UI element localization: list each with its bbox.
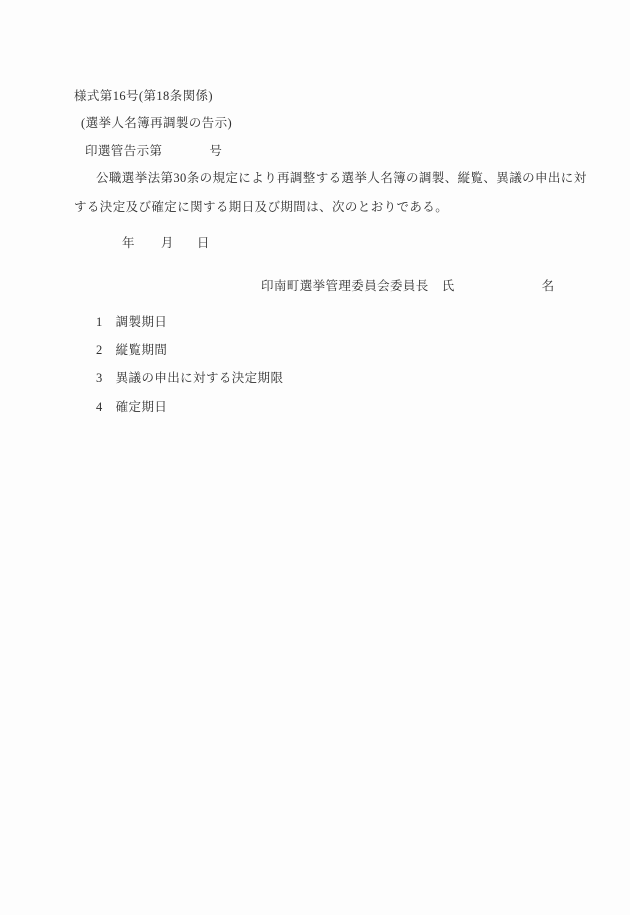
notice-number-blank [162,154,209,155]
list-item-label: 縦覧期間 [116,343,168,357]
list-item-gap [103,325,116,326]
list-item: 1調製期日 [96,315,167,330]
body-paragraph-line-1: 公職選挙法第30条の規定により再調整する選挙人名簿の調製、縦覧、異議の申出に対 [96,171,587,186]
notice-number-line: 印選管告示第号 [85,144,222,159]
list-item-number: 4 [96,400,103,414]
date-month-blank [174,246,197,247]
document-page: 様式第16号(第18条関係) (選挙人名簿再調製の告示) 印選管告示第号 公職選… [0,0,630,915]
list-item-gap [103,353,116,354]
signature-name-last: 名 [542,279,555,293]
list-item: 4確定期日 [96,400,167,415]
signature-office: 印南町選挙管理委員会委員長 [261,279,429,293]
signature-gap [429,289,442,290]
list-item-gap [103,410,116,411]
list-item-number: 2 [96,343,103,357]
list-item-label: 調製期日 [116,315,168,329]
body-paragraph-line-2: する決定及び確定に関する期日及び期間は、次のとおりである。 [74,200,448,215]
date-line: 年月日 [122,236,210,251]
signature-name-first: 氏 [442,279,455,293]
date-year-label: 年 [122,236,135,250]
list-item: 2縦覧期間 [96,343,167,358]
notice-number-prefix: 印選管告示第 [85,144,162,158]
date-month-label: 月 [161,236,174,250]
form-number: 様式第16号(第18条関係) [74,89,213,104]
signature-name-blank [455,289,542,290]
list-item-label: 異議の申出に対する決定期限 [116,371,284,385]
date-year-blank [135,246,161,247]
list-item-gap [103,381,116,382]
list-item-label: 確定期日 [116,400,168,414]
list-item: 3異議の申出に対する決定期限 [96,371,283,386]
date-day-label: 日 [197,236,210,250]
list-item-number: 3 [96,371,103,385]
document-title: (選挙人名簿再調製の告示) [81,116,232,131]
list-item-number: 1 [96,315,103,329]
signature-line: 印南町選挙管理委員会委員長氏名 [261,279,555,294]
notice-number-suffix: 号 [209,144,222,158]
